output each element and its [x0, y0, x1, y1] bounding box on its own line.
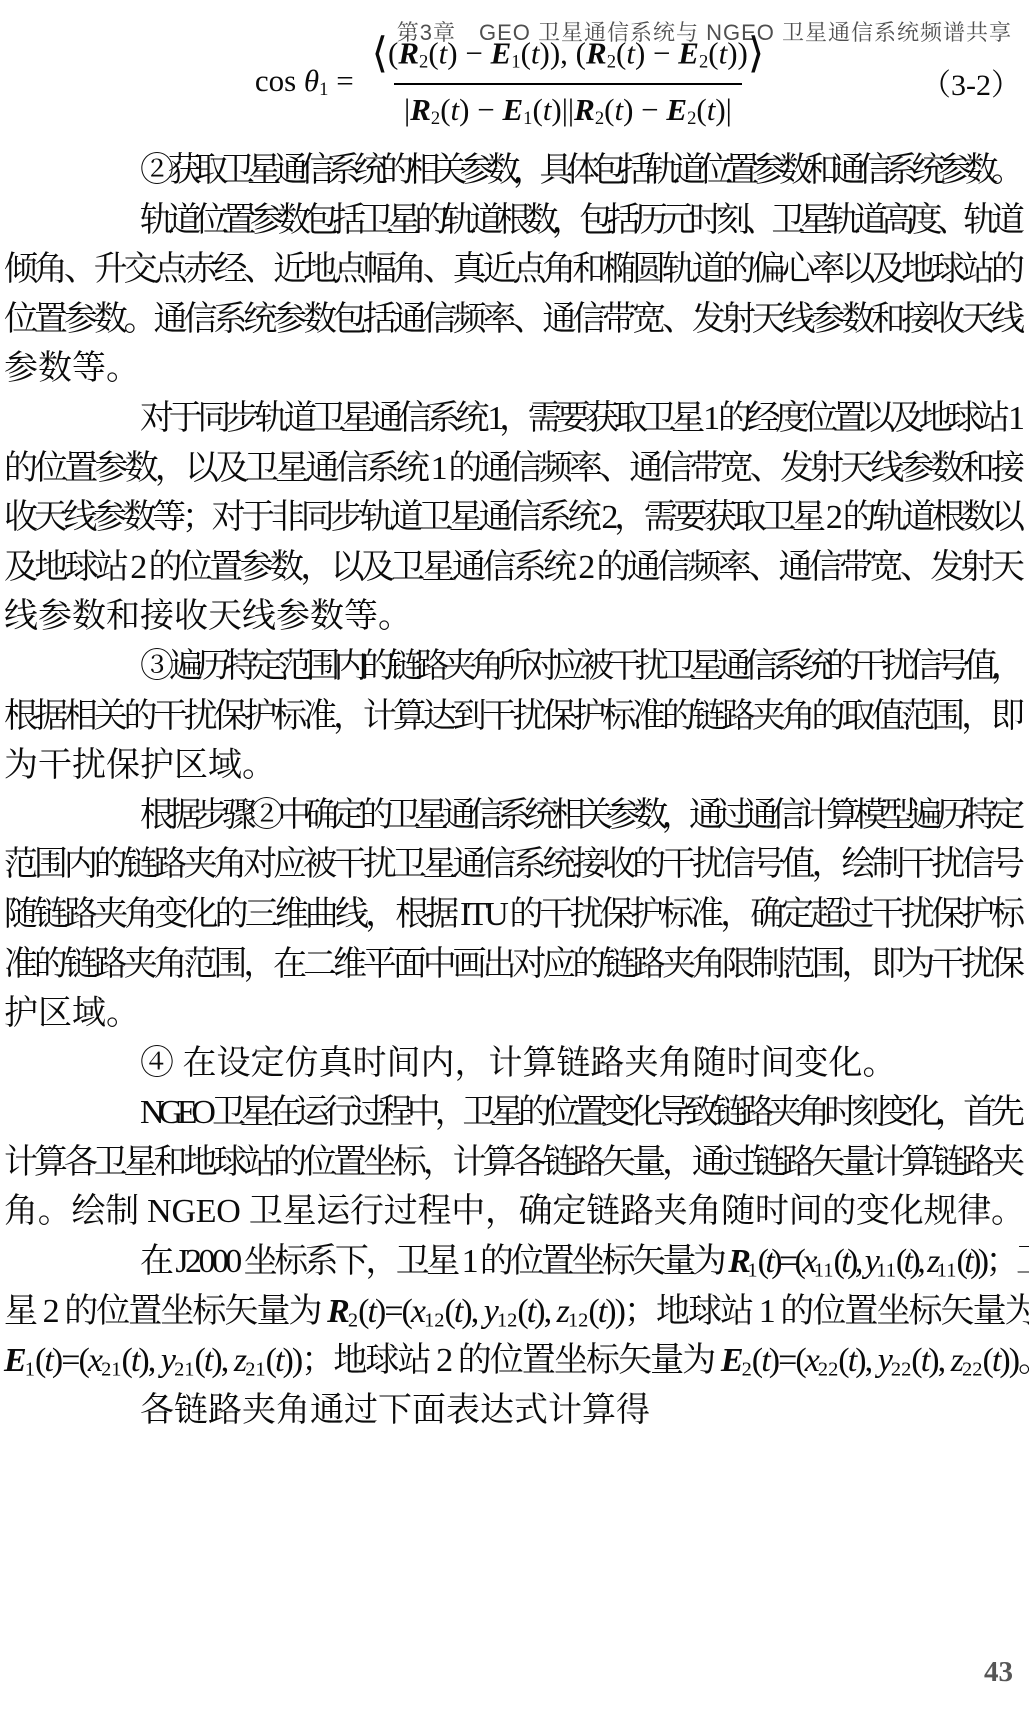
text-segment: ), — [847, 1243, 865, 1280]
text-line: E1(t)=(x21(t), y21(t), z21(t))；地球站 2 的位置… — [4, 1336, 1025, 1386]
text-segment: ( — [896, 1243, 904, 1280]
text-segment: 21 — [101, 1359, 121, 1381]
text-line: ④ 在设定仿真时间内，计算链路夹角随时间变化。 — [4, 1039, 1025, 1089]
text-segment: ；卫 — [986, 1243, 1029, 1280]
text-segment: ( — [616, 36, 626, 71]
text-segment: t — [451, 92, 460, 127]
text-segment: ), — [211, 1342, 234, 1379]
text-segment: R — [327, 1293, 348, 1330]
text-segment: t — [531, 36, 540, 71]
text-line: 倾角、升交点赤经、近地点幅角、真近点角和椭圆轨道的偏心率以及地球站的 — [4, 245, 1025, 295]
text-segment: 12 — [424, 1309, 444, 1331]
equation-denominator: |R2(t) − E1(t)||R2(t) − E2(t)| — [394, 83, 742, 130]
text-segment: 12 — [497, 1309, 517, 1331]
text-line: ③ 遍历特定范围内的链路夹角所对应被干扰卫星通信系统的干扰信号值， — [4, 642, 1025, 692]
text-segment: E — [678, 36, 699, 71]
text-line-content: 准的链路夹角范围，在二维平面中画出对应的链路夹角限制范围，即为干扰保 — [4, 940, 1021, 990]
text-segment: ( — [517, 1293, 526, 1330]
text-line-content: 范围内的链路夹角对应被干扰卫星通信系统接收的干扰信号值，绘制干扰信号 — [4, 840, 1021, 890]
text-segment: θ — [304, 63, 319, 98]
equation-number: （3-2） — [921, 60, 1021, 104]
text-segment: R — [586, 36, 607, 71]
book-page: 第3章 GEO 卫星通信系统与 NGEO 卫星通信系统频谱共享 ② 获取卫星通信… — [0, 0, 1029, 1717]
text-line: 位置参数。通信系统参数包括通信频率、通信带宽、发射天线参数和接收天线 — [4, 295, 1025, 345]
text-segment: 22 — [818, 1359, 838, 1381]
text-segment: )|| — [551, 92, 574, 127]
text-segment: 2 — [742, 1359, 752, 1381]
text-segment: x — [802, 1243, 814, 1280]
text-segment: ), — [910, 1243, 928, 1280]
text-segment: ) − — [447, 36, 490, 71]
text-segment: ), — [855, 1342, 878, 1379]
text-segment: 。 — [1018, 1342, 1029, 1379]
text-line: 准的链路夹角范围，在二维平面中画出对应的链路夹角限制范围，即为干扰保 — [4, 940, 1025, 990]
text-segment: 11 — [876, 1260, 896, 1282]
text-segment: y — [484, 1293, 497, 1330]
text-segment: x — [88, 1342, 101, 1379]
text-line-content: 收天线参数等；对于非同步轨道卫星通信系统 2，需要获取卫星 2 的轨道根数以 — [4, 493, 1021, 543]
text-segment: ( — [35, 1342, 44, 1379]
text-segment: 21 — [245, 1359, 265, 1381]
text-segment: )) — [970, 1243, 986, 1280]
text-segment: ) − — [623, 92, 666, 127]
body-text: ② 获取卫星通信系统的相关参数，具体包括轨道位置参数和通信系统参数。轨道位置参数… — [4, 146, 1025, 1435]
text-line: 范围内的链路夹角对应被干扰卫星通信系统接收的干扰信号值，绘制干扰信号 — [4, 840, 1025, 890]
text-segment: ( — [440, 92, 450, 127]
text-line: 计算各卫星和地球站的位置坐标，计算各链路矢量，通过链路矢量计算链路夹 — [4, 1138, 1025, 1188]
text-segment: E — [502, 92, 523, 127]
text-segment: z — [927, 1243, 937, 1280]
text-line: ② 获取卫星通信系统的相关参数，具体包括轨道位置参数和通信系统参数。 — [4, 146, 1025, 196]
text-segment: 21 — [174, 1359, 194, 1381]
equation-fraction: ⟨(R2(t) − E1(t)), (R2(t) − E2(t))⟩ |R2(t… — [362, 34, 775, 130]
text-segment: 2 — [595, 108, 604, 129]
text-segment: R — [728, 1243, 747, 1280]
text-segment: ( — [982, 1342, 991, 1379]
text-segment: ；地球站 1 的位置坐标矢量为 — [624, 1293, 1029, 1330]
text-segment: 2 — [607, 52, 616, 73]
text-line: 线参数和接收天线参数等。 — [4, 592, 1025, 642]
text-line-content: 为干扰保护区域。 — [4, 741, 276, 791]
text-segment: x — [411, 1293, 424, 1330]
text-line: 护区域。 — [4, 989, 1025, 1039]
text-segment: ( — [532, 92, 542, 127]
text-segment: t — [761, 1342, 769, 1379]
text-segment: E — [491, 36, 512, 71]
text-segment: )), ( — [540, 36, 586, 71]
text-line: 的位置参数，以及卫星通信系统 1 的通信频率、通信带宽、发射天线参数和接 — [4, 444, 1025, 494]
text-segment: ( — [121, 1342, 130, 1379]
text-segment: 1 — [25, 1359, 35, 1381]
text-segment: cos — [255, 63, 304, 98]
text-segment: 22 — [891, 1359, 911, 1381]
text-line: 随链路夹角变化的三维曲线，根据 ITU 的干扰保护标准，确定超过干扰保护标 — [4, 890, 1025, 940]
text-segment: ( — [266, 1342, 275, 1379]
text-segment: ( — [444, 1293, 453, 1330]
text-line: 参数等。 — [4, 344, 1025, 394]
text-line: 根据步骤②中确定的卫星通信系统相关参数，通过通信计算模型遍历特定 — [4, 791, 1025, 841]
text-line-content: 倾角、升交点赤经、近地点幅角、真近点角和椭圆轨道的偏心率以及地球站的 — [4, 245, 1021, 295]
text-line-content: 随链路夹角变化的三维曲线，根据 ITU 的干扰保护标准，确定超过干扰保护标 — [4, 890, 1021, 940]
text-segment: ( — [604, 92, 614, 127]
text-segment: t — [719, 36, 728, 71]
text-segment: )) — [727, 36, 748, 71]
text-segment: z — [557, 1293, 568, 1330]
text-line-content: 对于同步轨道卫星通信系统 1，需要获取卫星 1 的经度位置以及地球站 1 — [72, 394, 1020, 444]
text-segment: R — [398, 36, 419, 71]
text-line-content: 的位置参数，以及卫星通信系统 1 的通信频率、通信带宽、发射天线参数和接 — [4, 444, 1021, 494]
text-line: 在 J2000 坐标系下，卫星 1 的位置坐标矢量为 R1(t)=(x11(t)… — [4, 1237, 1025, 1287]
text-line-content: 根据相关的干扰保护标准，计算达到干扰保护标准的链路夹角的取值范围，即 — [4, 692, 1021, 742]
text-segment: t — [367, 1293, 375, 1330]
text-line: 轨道位置参数包括卫星的轨道根数，包括历元时刻、卫星轨道高度、轨道 — [4, 196, 1025, 246]
text-line: 及地球站 2 的位置参数，以及卫星通信系统 2 的通信频率、通信带宽、发射天 — [4, 543, 1025, 593]
equation-3-2: cos θ1 = ⟨(R2(t) − E1(t)), (R2(t) − E2(t… — [0, 16, 1029, 148]
text-segment: t — [275, 1342, 283, 1379]
text-segment: 22 — [962, 1359, 982, 1381]
text-segment: ⟨ — [372, 31, 388, 77]
text-segment: t — [614, 92, 623, 127]
text-segment: t — [626, 36, 635, 71]
text-segment: 2 — [687, 108, 696, 129]
text-line: 收天线参数等；对于非同步轨道卫星通信系统 2，需要获取卫星 2 的轨道根数以 — [4, 493, 1025, 543]
text-segment: 1 — [511, 52, 520, 73]
text-segment: y — [865, 1243, 877, 1280]
text-segment: 12 — [568, 1309, 588, 1331]
text-segment: E — [4, 1342, 25, 1379]
page-number: 43 — [984, 1656, 1013, 1689]
text-segment: ) − — [635, 36, 678, 71]
text-line: 为干扰保护区域。 — [4, 741, 1025, 791]
text-segment: )=( — [769, 1342, 805, 1379]
equation-numerator: ⟨(R2(t) − E1(t)), (R2(t) − E2(t))⟩ — [362, 34, 775, 83]
text-segment: ( — [428, 36, 438, 71]
text-line-content: 护区域。 — [4, 989, 140, 1039]
text-line-content: 轨道位置参数包括卫星的轨道根数，包括历元时刻、卫星轨道高度、轨道 — [72, 196, 1018, 246]
text-line: 根据相关的干扰保护标准，计算达到干扰保护标准的链路夹角的取值范围，即 — [4, 692, 1025, 742]
text-segment: = — [328, 63, 353, 98]
text-segment: y — [161, 1342, 174, 1379]
text-segment: 2 — [348, 1309, 358, 1331]
text-segment: ), — [461, 1293, 483, 1330]
text-segment: )=( — [771, 1243, 802, 1280]
text-segment: R — [574, 92, 595, 127]
text-segment: E — [721, 1342, 742, 1379]
text-segment: ( — [752, 1342, 761, 1379]
text-segment: ), — [138, 1342, 161, 1379]
text-segment: t — [44, 1342, 52, 1379]
text-line: 对于同步轨道卫星通信系统 1，需要获取卫星 1 的经度位置以及地球站 1 — [4, 394, 1025, 444]
text-segment: ( — [521, 36, 531, 71]
text-line-content: 根据步骤②中确定的卫星通信系统相关参数，通过通信计算模型遍历特定 — [72, 791, 1018, 841]
text-segment: ( — [911, 1342, 920, 1379]
text-segment: 11 — [937, 1260, 957, 1282]
text-segment: ), — [928, 1342, 951, 1379]
text-segment: 1 — [747, 1260, 757, 1282]
text-line-content: 计算各卫星和地球站的位置坐标，计算各链路矢量，通过链路矢量计算链路夹 — [4, 1138, 1021, 1188]
text-segment: z — [234, 1342, 245, 1379]
text-segment: ) − — [459, 92, 502, 127]
text-segment: 2 — [431, 108, 440, 129]
text-segment: 11 — [814, 1260, 834, 1282]
text-segment: )) — [605, 1293, 624, 1330]
text-segment: t — [439, 36, 448, 71]
text-line: NGEO 卫星在运行过程中，卫星的位置变化导致链路夹角时刻变化，首先 — [4, 1088, 1025, 1138]
text-line: 星 2 的位置坐标矢量为 R2(t)=(x12(t), y12(t), z12(… — [4, 1287, 1025, 1337]
text-segment: 2 — [419, 52, 428, 73]
text-segment: 2 — [699, 52, 708, 73]
text-line-content: 各链路夹角通过下面表达式计算得 — [72, 1386, 650, 1436]
text-segment: ⟩ — [748, 31, 764, 77]
text-segment: x — [805, 1342, 818, 1379]
text-segment: )=( — [52, 1342, 88, 1379]
text-segment: ；地球站 2 的位置坐标矢量为 — [301, 1342, 721, 1379]
text-segment: ( — [708, 36, 718, 71]
text-segment: E — [666, 92, 687, 127]
text-line-content: ④ 在设定仿真时间内，计算链路夹角随时间变化。 — [72, 1039, 897, 1089]
text-segment: )) — [999, 1342, 1018, 1379]
text-segment: )) — [283, 1342, 302, 1379]
text-line-content: 参数等。 — [4, 344, 140, 394]
text-segment: 在 J2000 坐标系下，卫星 1 的位置坐标矢量为 — [140, 1243, 728, 1280]
text-line-content: 线参数和接收天线参数等。 — [4, 592, 412, 642]
text-segment: y — [878, 1342, 891, 1379]
text-segment: ( — [588, 1293, 597, 1330]
text-segment: 星 2 的位置坐标矢量为 — [4, 1293, 327, 1330]
text-segment: ( — [696, 92, 706, 127]
text-line-content: ② 获取卫星通信系统的相关参数，具体包括轨道位置参数和通信系统参数。 — [72, 146, 1018, 196]
text-segment: z — [951, 1342, 962, 1379]
text-segment: )=( — [375, 1293, 411, 1330]
equation-lhs: cos θ1 = — [255, 63, 354, 101]
text-segment: ( — [838, 1342, 847, 1379]
text-segment: ( — [194, 1342, 203, 1379]
text-line-content: ③ 遍历特定范围内的链路夹角所对应被干扰卫星通信系统的干扰信号值， — [72, 642, 1018, 692]
text-line-content: 位置参数。通信系统参数包括通信频率、通信带宽、发射天线参数和接收天线 — [4, 295, 1021, 345]
text-segment: ( — [388, 36, 398, 71]
text-line-content: 及地球站 2 的位置参数，以及卫星通信系统 2 的通信频率、通信带宽、发射天 — [4, 543, 1021, 593]
text-line: 角。绘制 NGEO 卫星运行过程中，确定链路夹角随时间的变化规律。 — [4, 1187, 1025, 1237]
text-segment: )| — [715, 92, 732, 127]
text-segment: R — [410, 92, 431, 127]
text-line-content: NGEO 卫星在运行过程中，卫星的位置变化导致链路夹角时刻变化，首先 — [72, 1088, 1019, 1138]
text-line-content: 角。绘制 NGEO 卫星运行过程中，确定链路夹角随时间的变化规律。 — [4, 1187, 1025, 1237]
text-segment: ), — [534, 1293, 556, 1330]
